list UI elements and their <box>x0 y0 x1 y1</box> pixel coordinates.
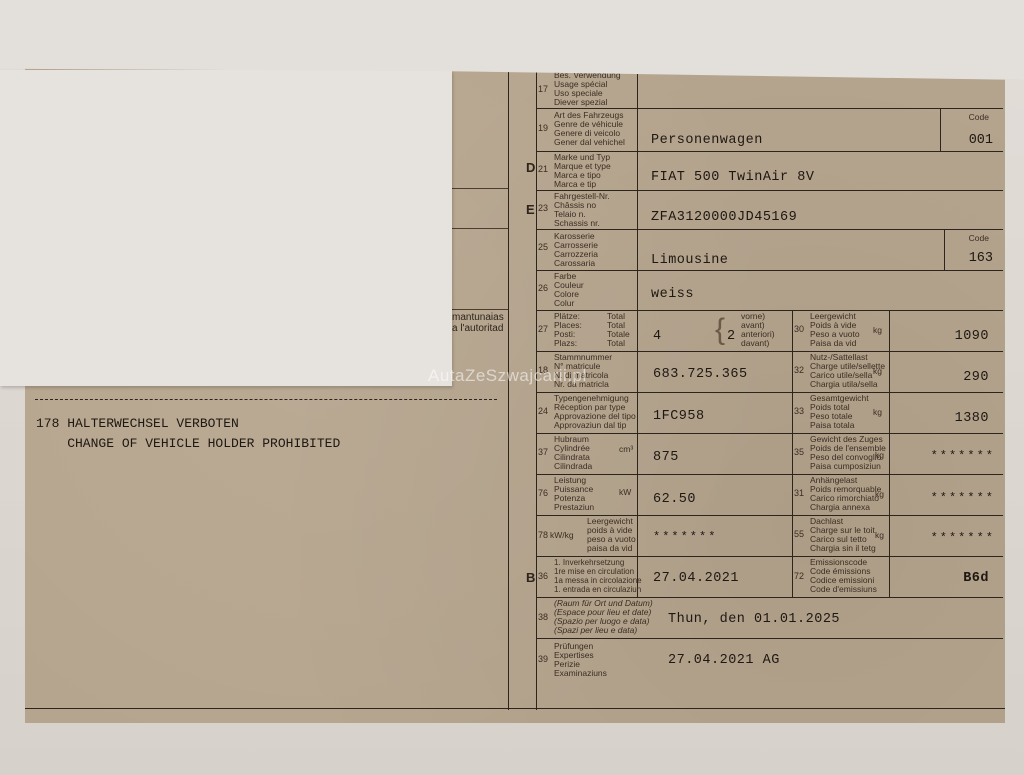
field-label: Leergewicht Poids à vide Peso a vuoto Pa… <box>810 312 860 348</box>
field-number: 17 <box>538 84 548 94</box>
field-37-displacement: 37 Hubraum Cylindrée Cilindrata Cilindra… <box>537 434 793 474</box>
field-21-make-model: 21 Marke und Typ Marque et type Marca e … <box>537 152 1003 191</box>
field-39-inspections: 39 Prüfungen Expertises Perizie Examinaz… <box>537 639 1003 709</box>
make-model-value: FIAT 500 TwinAir 8V <box>651 170 814 185</box>
field-label: Fahrgestell-Nr. Châssis no Telaio n. Sch… <box>554 192 610 228</box>
field-23-chassis-number: 23 Fahrgestell-Nr. Châssis no Telaio n. … <box>537 191 1003 230</box>
field-label: Anhängelast Poids remorquable Carico rim… <box>810 476 881 512</box>
field-number: 32 <box>794 365 804 375</box>
field-32-payload: 32 Nutz-/Sattellast Charge utile/sellett… <box>793 352 1003 392</box>
seats-front-label: vorne) avant) anteriori) davant) <box>741 312 775 348</box>
divider <box>452 228 508 229</box>
unit-label: kW/kg <box>550 530 574 540</box>
unit-label: kg <box>875 489 884 499</box>
row-registry-payload: 18 Stammnummer N° matricule N. di matric… <box>537 352 1003 393</box>
field-number: 27 <box>538 324 548 334</box>
vehicle-type-value: Personenwagen <box>651 133 763 148</box>
field-number: 38 <box>538 612 548 622</box>
divider <box>452 309 508 310</box>
field-36-first-registration: 36 1. Inverkehrsetzung 1re mise en circu… <box>537 557 793 597</box>
seats-front-value: 2 <box>727 329 736 344</box>
field-label: Karosserie Carrosserie Carrozzeria Caros… <box>554 232 598 268</box>
seats-total-value: 4 <box>653 329 662 344</box>
field-number: 55 <box>794 529 804 539</box>
field-55-roof-load: 55 Dachlast Charge sur le toit Carico su… <box>793 516 1003 556</box>
unit-label: kg <box>873 407 882 417</box>
divider <box>452 188 508 189</box>
field-number: 25 <box>538 242 548 252</box>
field-number: 21 <box>538 164 548 174</box>
watermark: AutaZeSzwajcarii.pl <box>428 366 587 386</box>
type-approval-value: 1FC958 <box>653 409 705 424</box>
field-label: Dachlast Charge sur le toit Carico sul t… <box>810 517 876 553</box>
partial-left-text: a l'autoritad <box>452 323 503 334</box>
code-label: Code <box>969 112 989 122</box>
field-label: Art des Fahrzeugs Genre de véhicule Gene… <box>554 111 625 147</box>
field-label: Bes. Verwendung Usage spécial Uso specia… <box>554 71 621 107</box>
unit-label: cm³ <box>619 444 633 454</box>
field-number: 24 <box>538 406 548 416</box>
body-type-code: 163 <box>969 251 993 266</box>
emission-code-value: B6d <box>963 571 989 586</box>
margin-letter-e: E <box>526 202 535 217</box>
field-35-train-weight: 35 Gewicht des Zuges Poids de l'ensemble… <box>793 434 1003 474</box>
field-label: Hubraum Cylindrée Cilindrata Cilindrada <box>554 435 592 471</box>
note-line-2: CHANGE OF VEHICLE HOLDER PROHIBITED <box>36 436 340 451</box>
row-displacement-train-weight: 37 Hubraum Cylindrée Cilindrata Cilindra… <box>537 434 1003 475</box>
place-date-value: Thun, den 01.01.2025 <box>668 612 840 627</box>
color-value: weiss <box>651 287 694 302</box>
first-registration-value: 27.04.2021 <box>653 571 739 586</box>
registry-number-value: 683.725.365 <box>653 367 748 382</box>
power-value: 62.50 <box>653 492 696 507</box>
field-number: 72 <box>794 571 804 581</box>
field-31-trailer-load: 31 Anhängelast Poids remorquable Carico … <box>793 475 1003 515</box>
field-label: Prüfungen Expertises Perizie Examinaziun… <box>554 642 607 678</box>
vehicle-type-code: 001 <box>969 133 993 148</box>
top-paper-sheet <box>0 0 1024 80</box>
field-label: Leistung Puissance Potenza Prestaziun <box>554 476 594 512</box>
field-26-color: 26 Farbe Couleur Colore Colur weiss <box>537 271 1003 311</box>
field-label: Emissionscode Code émissions Codice emis… <box>810 558 877 594</box>
field-label: Gesamtgewicht Poids total Peso totale Pa… <box>810 394 869 430</box>
train-weight-value: ******* <box>931 449 995 463</box>
covering-paper-sheet <box>0 70 452 386</box>
unit-label: kg <box>873 366 882 376</box>
displacement-value: 875 <box>653 450 679 465</box>
field-number: 36 <box>538 571 548 581</box>
field-number: 37 <box>538 447 548 457</box>
field-number: 31 <box>794 488 804 498</box>
field-number: 30 <box>794 324 804 334</box>
total-weight-value: 1380 <box>955 411 989 426</box>
field-30-empty-weight: 30 Leergewicht Poids à vide Peso a vuoto… <box>793 311 1003 351</box>
partial-left-text: mantunaias <box>452 312 504 323</box>
field-number: 26 <box>538 283 548 293</box>
field-label: 1. Inverkehrsetzung 1re mise en circulat… <box>554 558 642 594</box>
row-type-approval-total-weight: 24 Typengenehmigung Réception par type A… <box>537 393 1003 434</box>
trailer-load-value: ******* <box>931 491 995 505</box>
payload-value: 290 <box>963 370 989 385</box>
field-number: 78 <box>538 530 548 540</box>
row-power-trailer-load: 76 Leistung Puissance Potenza Prestaziun… <box>537 475 1003 516</box>
field-label: Plätze: Places: Posti: Plazs: <box>554 312 582 348</box>
power-to-weight-value: ******* <box>653 530 717 544</box>
divider <box>508 70 509 710</box>
field-24-type-approval: 24 Typengenehmigung Réception par type A… <box>537 393 793 433</box>
dashed-separator <box>35 399 497 400</box>
row-power-weight-roof-load: 78 kW/kg Leergewicht poids à vide peso a… <box>537 516 1003 557</box>
field-number: 19 <box>538 123 548 133</box>
unit-label: kg <box>873 325 882 335</box>
field-19-vehicle-type: 19 Art des Fahrzeugs Genre de véhicule G… <box>537 109 1003 152</box>
chassis-number-value: ZFA3120000JD45169 <box>651 210 797 225</box>
body-type-value: Limousine <box>651 253 728 268</box>
field-number: 76 <box>538 488 548 498</box>
field-number: 23 <box>538 203 548 213</box>
roof-load-value: ******* <box>931 531 995 545</box>
margin-letter-d: D <box>526 160 535 175</box>
unit-label: kW <box>619 487 631 497</box>
code-label: Code <box>969 233 989 243</box>
field-72-emission-code: 72 Emissionscode Code émissions Codice e… <box>793 557 1003 597</box>
field-27-seats: 27 Plätze: Places: Posti: Plazs: Total T… <box>537 311 793 351</box>
unit-label: kg <box>875 450 884 460</box>
field-25-body-type: 25 Karosserie Carrosserie Carrozzeria Ca… <box>537 230 1003 271</box>
field-label: Leergewicht poids à vide peso a vuoto pa… <box>587 517 636 553</box>
field-label: (Raum für Ort und Datum) (Espace pour li… <box>554 599 653 635</box>
field-33-total-weight: 33 Gesamtgewicht Poids total Peso totale… <box>793 393 1003 433</box>
note-line-1: 178 HALTERWECHSEL VERBOTEN <box>36 416 239 431</box>
field-label: Farbe Couleur Colore Colur <box>554 272 584 308</box>
margin-letter-b: B <box>526 570 535 585</box>
field-label: Typengenehmigung Réception par type Appr… <box>554 394 636 430</box>
bottom-border <box>25 708 1005 709</box>
unit-label: kg <box>875 530 884 540</box>
field-38-place-date: 38 (Raum für Ort und Datum) (Espace pour… <box>537 598 1003 639</box>
field-number: 39 <box>538 654 548 664</box>
row-seats-empty-weight: 27 Plätze: Places: Posti: Plazs: Total T… <box>537 311 1003 352</box>
field-label-total: Total Total Totale Total <box>607 312 630 348</box>
inspections-value: 27.04.2021 AG <box>668 653 780 668</box>
field-label: Marke und Typ Marque et type Marca e tip… <box>554 153 611 189</box>
field-number: 35 <box>794 447 804 457</box>
bracket-decoration: { <box>715 313 725 347</box>
field-78-power-to-weight: 78 kW/kg Leergewicht poids à vide peso a… <box>537 516 793 556</box>
empty-weight-value: 1090 <box>955 329 989 344</box>
field-76-power: 76 Leistung Puissance Potenza Prestaziun… <box>537 475 793 515</box>
row-first-registration-emissions: 36 1. Inverkehrsetzung 1re mise en circu… <box>537 557 1003 598</box>
field-number: 33 <box>794 406 804 416</box>
